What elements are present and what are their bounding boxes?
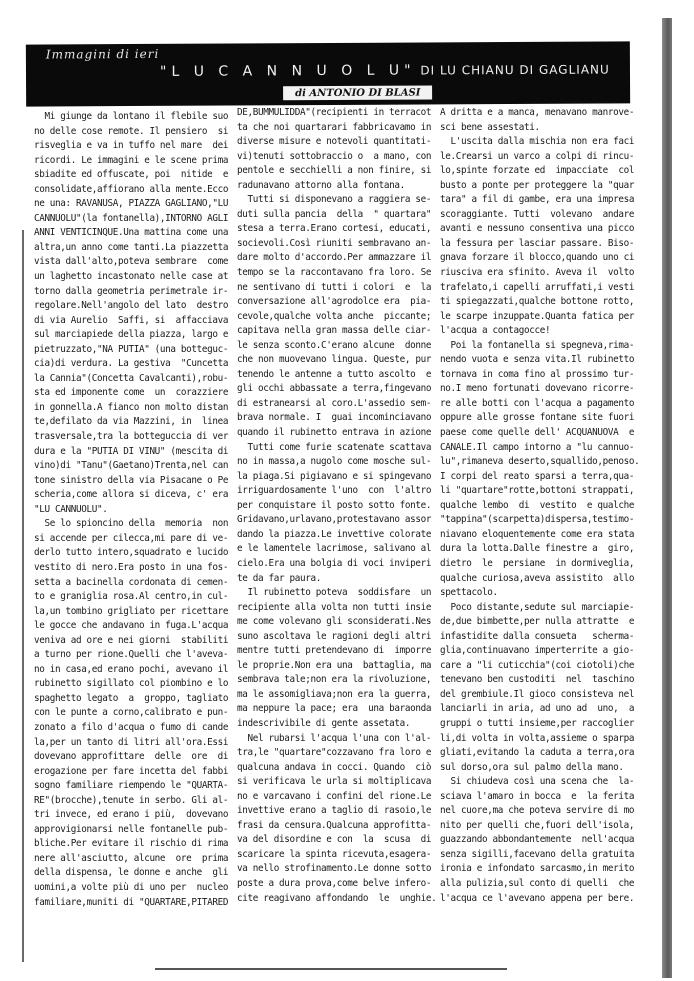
article-header-banner: Immagini di ieri "L U C A N N U O L U" D… [26,41,630,106]
text-line: diverse misure e notevoli quantitati- [237,135,443,150]
text-line: brava normale. I guai incominciavano [237,411,443,426]
text-line: irriguardosamente l'uno con l'altro [237,484,443,499]
article-title-main: "L U C A N N U O L U" [160,63,416,80]
text-line: sembrava tale;non era la rivoluzione, [237,673,443,688]
text-line: recipiente alla volta non tutti insie [237,601,443,616]
text-line: care a "li cuticchia"(coi ciotoli)che [440,659,654,674]
page-right-edge-shadow [662,18,672,978]
text-line: cielo.Era una bolgia di voci inviperi [237,557,443,572]
text-line: sbiadite ed offuscate, poi nitide e [34,168,240,183]
text-line: me come volevano gli sconsiderati.Nes [237,615,443,630]
text-line: un laghetto incastonato nelle case at [34,270,240,285]
text-line: I corpi del reato sparsi a terra,qua- [440,470,654,485]
text-line: della dispensa, le donne e anche gli [34,866,240,881]
text-line: glia,continuavano imperterrite a gio- [440,644,654,659]
text-line: vestito di nero.Era posto in una fos- [34,561,240,576]
text-line: trafelato,i capelli arruffati,i vesti [440,281,654,296]
text-line: guazzando abbondantemente nell'acqua [440,833,654,848]
text-line: tempo se la raccontavano fra loro. Se [237,266,443,281]
text-line: li "quartare"rotte,bottoni strappati, [440,484,654,499]
text-line: che non muovevano lingua. Queste, pur [237,353,443,368]
text-line: ANNI VENTICINQUE.Una mattina come una [34,226,240,241]
text-line: Tutti come furie scatenate scattava [237,441,443,456]
text-line: stesa a terra.Erano cortesi, educati, [237,222,443,237]
text-line: risveglia e va in tuffo nel mare dei [34,139,240,154]
article-column-3: A dritta e a manca, menavano manrove-sci… [440,106,654,906]
text-line: quando il rubinetto entrava in azione [237,426,443,441]
text-line: erogazione per fare incetta del fabbi [34,765,240,780]
text-line: consolidate,affiorano alla mente.Ecco [34,183,240,198]
text-line: familiare,muniti di "QUARTARE,PITARED [34,896,240,911]
text-line: rubinetto sigillato col piombino e lo [34,677,240,692]
text-line: gruppi o tutti insieme,per raccoglier [440,717,654,732]
text-line: no in casa,ed erano pochi, avevano il [34,663,240,678]
text-line: ti spiegazzati,qualche bottone rotto, [440,295,654,310]
text-line: scheria,come allora si diceva, c' era [34,488,240,503]
text-line: invettive erano a taglio di rasoio,le [237,804,443,819]
text-line: dietro le persiane in dormiveglia, [440,557,654,572]
text-line: CANNUOLU"(la fontanella),INTORNO AGLI [34,212,240,227]
text-line: DE,BUMMULIDDA"(recipienti in terracot [237,106,443,121]
text-line: spaghetto legato a groppo, tagliato [34,692,240,707]
text-line: to e graniglia rosa.Al centro,in cul- [34,590,240,605]
text-line: pietruzzato,"NA PUTIA" (una botteguc- [34,343,240,358]
text-line: ma neppure la pace; era una baraonda [237,702,443,717]
text-line: regolare.Nell'angolo del lato destro [34,299,240,314]
text-line: infastidite dalla consueta scherma- [440,630,654,645]
text-line: Il rubinetto poteva soddisfare un [237,586,443,601]
text-line: ne sentivano di tutti i colori e la [237,281,443,296]
text-line: vi)tenuti sottobraccio o a mano, con [237,150,443,165]
text-line: Poi la fontanella si spegneva,rima- [440,339,654,354]
text-line: sta ed imponente come un corazziere [34,386,240,401]
text-line: ma le assomigliava;non era la guerra, [237,688,443,703]
text-line: riusciva era sfinito. Aveva il volto [440,266,654,281]
text-line: scoraggiante. Tutti volevano andare [440,208,654,223]
text-line: dare molto d'accordo.Per ammazzare il [237,251,443,266]
text-line: nendo vuota e senza vita.Il rubinetto [440,353,654,368]
text-line: pentole e secchielli a non finire, si [237,164,443,179]
text-line: zonato a filo d'acqua o fumo di cande [34,721,240,736]
text-line: conversazione all'agrodolce era pia- [237,295,443,310]
text-line: dovevano approfittare delle ore di [34,750,240,765]
text-line: ta che noi quartarari fabbricavamo in [237,121,443,136]
text-line: del grembiule.Il gioco consisteva nel [440,688,654,703]
text-line: approvigionarsi nelle fontanelle pub- [34,823,240,838]
text-line: Nel rubarsi l'acqua l'una con l'al- [237,732,443,747]
text-line: no delle cose remote. Il pensiero si [34,125,240,140]
article-column-2: DE,BUMMULIDDA"(recipienti in terracotta … [237,106,443,906]
text-line: qualcuna andava in cocci. Quando ciò [237,761,443,776]
text-line: in gonnella.A fianco non molto distan [34,401,240,416]
text-line: le scarpe inzuppate.Quanta fatica per [440,310,654,325]
text-line: qualche curiosa,aveva assistito allo [440,572,654,587]
text-line: gli occhi abbassate a terra,fingevano [237,382,443,397]
text-line: e le lamentele lacrimose, salivano al [237,542,443,557]
text-line: tenendo le antenne a tutto ascolto e [237,368,443,383]
article-title-sub: DI LU CHIANU DI GAGLIANU [416,63,610,78]
text-line: gnava forzare il blocco,quando uno ci [440,251,654,266]
text-line: tenevano ben custoditi nel taschino [440,673,654,688]
text-line: busto a ponte per proteggere la "quar [440,179,654,194]
text-line: spettacolo. [440,586,654,601]
text-line: di via Aurelio Saffi, si affacciava [34,314,240,329]
text-line: vista dall'alto,poteva sembrare come [34,255,240,270]
author-byline: di ANTONIO DI BLASI [283,85,432,100]
text-line: lo,spinte forzate ed impacciate col [440,164,654,179]
text-line: RE"(brocche),tenute in serbo. Gli al- [34,794,240,809]
text-line: per conquistare il posto sotto fonte. [237,499,443,514]
text-line: sci bene assestati. [440,121,654,136]
text-line: no in massa,a nugolo come mosche sul- [237,455,443,470]
text-line: "LU CANNUOLU". [34,503,240,518]
text-line: trasversale,tra la botteguccia di ver [34,430,240,445]
text-line: Poco distante,sedute sul marciapie- [440,601,654,616]
text-line: cite reagivano affondando le unghie. [237,892,443,907]
text-line: Mi giunge da lontano il flebile suo [34,110,240,125]
text-line: tornava in coma fino al prossimo tur- [440,368,654,383]
text-line: senza sigilli,facevano della gratuita [440,848,654,863]
text-line: sogno familiare riempendo le "QUARTA- [34,779,240,794]
text-line: le gocce che andavano in fuga.L'acqua [34,619,240,634]
text-line: Tutti si disponevano a raggiera se- [237,193,443,208]
text-line: lu",rimaneva deserto,squallido,penoso. [440,455,654,470]
text-line: suno ascoltava le ragioni degli altri [237,630,443,645]
text-line: sul dorso,ora sul palmo della mano. [440,761,654,776]
bottom-rule [155,968,507,970]
text-line: paese come quelle dell' ACQUANUOVA e [440,426,654,441]
text-line: le.Crearsi un varco a colpi di rincu- [440,150,654,165]
text-line: uomini,a volte più di uno per nucleo [34,881,240,896]
text-line: nel cuore,ma che poteva servire di mo [440,804,654,819]
text-line: Si chiudeva così una scena che la- [440,775,654,790]
text-line: socievoli.Così riuniti sembravano an- [237,237,443,252]
text-line: tone sinistro della via Pisacane o Pe [34,474,240,489]
text-line: radunavano attorno alla fontana. [237,179,443,194]
text-line: te,defilato da via Mazzini, in linea [34,415,240,430]
text-line: veniva ad ore e nei giorni stabiliti [34,634,240,649]
text-line: cia)di verdura. La gestiva "Cuncetta [34,357,240,372]
section-kicker: Immagini di ieri [46,47,159,62]
text-line: indescrivibile di gente assetata. [237,717,443,732]
text-line: altra,un anno come tanti.La piazzetta [34,241,240,256]
text-line: cevole,qualche volta anche piccante; [237,310,443,325]
text-line: re alle botti con l'acqua a pagamento [440,397,654,412]
text-line: la fessura per lasciar passare. Biso- [440,237,654,252]
text-line: la,per un tanto di litri all'ora.Essi [34,736,240,751]
page-left-edge-shadow [22,230,24,962]
text-line: tara" a fil di gambe, era una impresa [440,193,654,208]
text-line: vino)di "Tanu"(Gaetano)Trenta,nel can [34,459,240,474]
text-line: sciava l'amaro in bocca e la ferita [440,790,654,805]
text-line: l'acqua a contagocce! [440,324,654,339]
text-line: avanti e nessuno consentiva una picco [440,222,654,237]
text-line: a turno per rione.Quelli che l'aveva- [34,648,240,663]
text-line: tra,le "quartare"cozzavano fra loro e [237,746,443,761]
text-line: la,un tombino grigliato per ricettare [34,605,240,620]
text-line: niavano eloquentemente come era stata [440,528,654,543]
text-line: oppure alle grosse fontane site fuori [440,411,654,426]
text-line: di estranearsi al coro.L'assedio sem- [237,397,443,412]
text-line: no e varcavano i confini del rione.Le [237,790,443,805]
text-line: derlo tutto intero,squadrato e lucido [34,546,240,561]
text-line: dura e la "PUTIA DI VINU" (mescita di [34,445,240,460]
text-line: nito per quelli che,fuori dell'isola, [440,819,654,834]
text-line: va del disordine e con la scusa di [237,833,443,848]
text-line: scaricare la spinta ricevuta,esagera- [237,848,443,863]
text-line: bliche.Per evitare il rischio di rima [34,837,240,852]
text-line: con le punte a corno,calibrato e pun- [34,706,240,721]
text-line: frasi da censura.Qualcuna approfitta- [237,819,443,834]
text-line: alla pulizia,sul conto di quelli che [440,877,654,892]
text-line: torno dalla geometria perimetrale ir- [34,285,240,300]
text-line: CANALE.Il campo intorno a "lu cannuo- [440,441,654,456]
text-line: mentre tutti pretendevano di imporre [237,644,443,659]
text-line: dura la lotta.Dalle finestre a giro, [440,542,654,557]
text-line: si accende per cilecca,mi pare di ve- [34,532,240,547]
text-line: duti sulla pancia della " quartara" [237,208,443,223]
text-line: poste a dura prova,come belve infero- [237,877,443,892]
text-line: ironia e infondato sarcasmo,in merito [440,862,654,877]
text-line: no.I meno fortunati dovevano ricorre- [440,382,654,397]
text-line: L'uscita dalla mischia non era faci [440,135,654,150]
text-line: ricordi. Le immagini e le scene prima [34,154,240,169]
text-line: ne una: RAVANUSA, PIAZZA GAGLIANO,"LU [34,197,240,212]
text-line: tri invece, ed erano i più, dovevano [34,808,240,823]
text-line: li,di volta in volta,assieme o sparpa [440,732,654,747]
text-line: Se lo spioncino della memoria non [34,517,240,532]
text-line: gliati,evitando la caduta a terra,ora [440,746,654,761]
text-line: de,due bimbette,per nulla attratte e [440,615,654,630]
text-line: si verificava le urla si moltiplicava [237,775,443,790]
text-line: sul marciapiede della piazza, largo e [34,328,240,343]
text-line: te da far paura. [237,572,443,587]
text-line: setta a bacinella cordonata di cemen- [34,576,240,591]
article-column-1: Mi giunge da lontano il flebile suono de… [34,110,240,910]
text-line: dando la piazza.Le invettive colorate [237,528,443,543]
text-line: qualche lembo di vestito e qualche [440,499,654,514]
text-line: la piaga.Si pigiavano e si spingevano [237,470,443,485]
text-line: "tappina"(scarpetta)dispersa,testimo- [440,513,654,528]
article-title: "L U C A N N U O L U" DI LU CHIANU DI GA… [160,62,610,80]
text-line: nere all'asciutto, alcune ore prima [34,852,240,867]
text-line: Gridavano,urlavano,protestavano assor [237,513,443,528]
text-line: lanciarli in aria, ad uno ad uno, a [440,702,654,717]
text-line: le senza sconto.C'erano alcune donne [237,339,443,354]
text-line: le proprie.Non era una battaglia, ma [237,659,443,674]
text-line: la Cannia"(Concetta Cavalcanti),robu- [34,372,240,387]
text-line: capitava nella gran massa delle ciar- [237,324,443,339]
text-line: A dritta e a manca, menavano manrove- [440,106,654,121]
text-line: va nello strofinamento.Le donne sotto [237,862,443,877]
text-line: l'acqua ce l'avevano appena per bere. [440,892,654,907]
